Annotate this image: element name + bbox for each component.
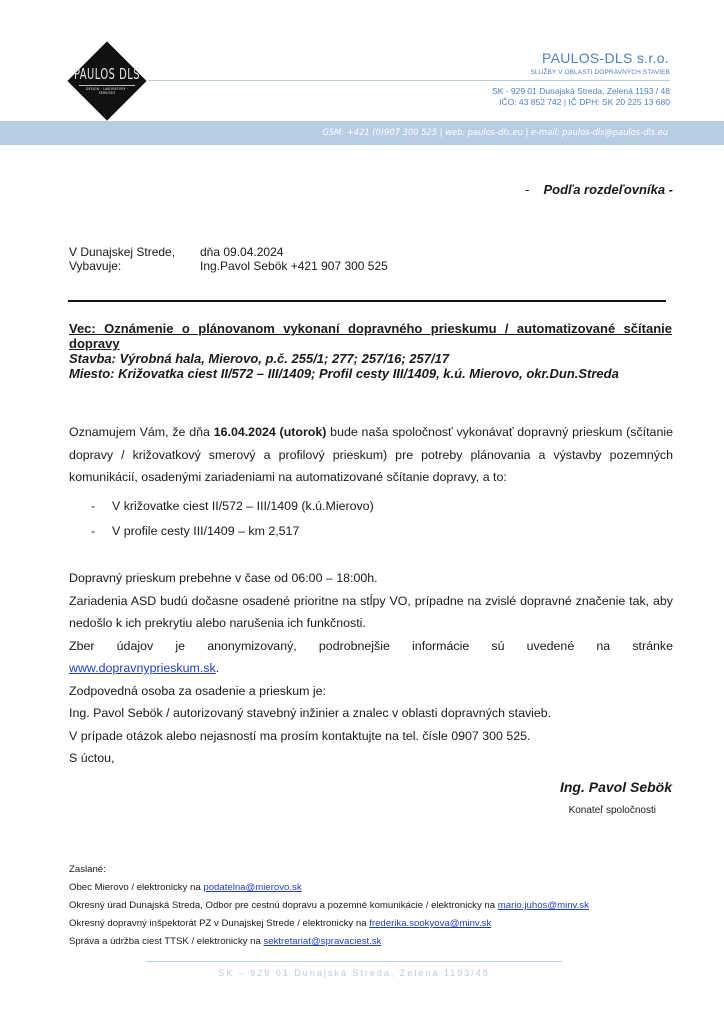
email-link[interactable]: frederika.sookyova@minv.sk xyxy=(369,918,491,929)
company-logo: PAULOS DLS DESIGN · LABORATORY · SERVICE… xyxy=(68,68,146,95)
survey-website-link[interactable]: www.dopravnyprieskum.sk xyxy=(69,661,216,675)
recipient-desc: Správa a údržba ciest TTSK / elektronick… xyxy=(69,936,263,947)
contact-request: V prípade otázok alebo nejasností ma pro… xyxy=(69,725,673,748)
intro-text-start: Oznamujem Vám, že dňa xyxy=(69,425,214,439)
letter-meta: V Dunajskej Strede, dňa 09.04.2024 Vybav… xyxy=(69,245,388,273)
list-item: Správa a údržba ciest TTSK / elektronick… xyxy=(69,933,589,951)
survey-time: Dopravný prieskum prebehne v čase od 06:… xyxy=(69,567,673,590)
survey-date: 16.04.2024 (utorok) xyxy=(214,425,327,439)
header-divider xyxy=(148,80,670,81)
list-item: Okresný úrad Dunajská Streda, Odbor pre … xyxy=(69,897,589,915)
company-address-block: SK - 929 01 Dunajská Streda, Zelená 1193… xyxy=(492,86,670,108)
bullet-dash: - xyxy=(91,519,112,544)
recipient-line: -Podľa rozdeľovníka - xyxy=(525,182,673,197)
email-link[interactable]: podatelna@mierovo.sk xyxy=(203,882,301,893)
list-item-text: V križovatke ciest II/572 – III/1409 (k.… xyxy=(112,494,374,519)
distribution-list: Zaslané: Obec Mierovo / elektronicky na … xyxy=(69,861,589,951)
footer-address: SK – 929 01 Dunajská Streda, Zelená 1193… xyxy=(146,968,562,978)
closing: S úctou, xyxy=(69,747,673,770)
data-collection-info: Zber údajov je anonymizovaný, podrobnejš… xyxy=(69,635,673,658)
list-item: - V profile cesty III/1409 – km 2,517 xyxy=(91,519,374,544)
recipient-desc: Okresný úrad Dunajská Streda, Odbor pre … xyxy=(69,900,498,911)
email-link[interactable]: sektretariat@spravaciest.sk xyxy=(263,936,381,947)
subject-stavba: Stavba: Výrobná hala, Mierovo, p.č. 255/… xyxy=(69,351,672,366)
signature-name: Ing. Pavol Sebök xyxy=(560,779,672,795)
intro-paragraph: Oznamujem Vám, že dňa 16.04.2024 (utorok… xyxy=(69,421,673,489)
logo-main-text: PAULOS DLS xyxy=(68,66,146,84)
distribution-title: Zaslané: xyxy=(69,861,589,879)
recipient-desc: Obec Mierovo / elektronicky na xyxy=(69,882,203,893)
subject-miesto: Miesto: Križovatka ciest II/572 – III/14… xyxy=(69,366,672,381)
logo-sub-text: DESIGN · LABORATORY · SERVICES xyxy=(79,85,135,95)
company-ids: IČO: 43 852 742 | IČ DPH: SK 20 225 13 6… xyxy=(492,97,670,108)
list-item: - V križovatke ciest II/572 – III/1409 (… xyxy=(91,494,374,519)
recipient-desc: Okresný dopravný inšpektorát PZ v Dunajs… xyxy=(69,918,369,929)
contact-info: GSM: +421 (0)907 300 525 | web: paulos-d… xyxy=(322,128,668,138)
bullet-dash: - xyxy=(91,494,112,519)
recipient-text: Podľa rozdeľovníka - xyxy=(544,182,674,197)
subject-block: Vec: Oznámenie o plánovanom vykonaní dop… xyxy=(69,321,672,381)
list-item-text: V profile cesty III/1409 – km 2,517 xyxy=(112,519,299,544)
footer-divider xyxy=(146,961,562,962)
place-label: V Dunajskej Strede, xyxy=(69,245,200,259)
signature-role: Konateľ spoločnosti xyxy=(569,805,656,816)
devices-info: Zariadenia ASD budú dočasne osadené prio… xyxy=(69,590,673,635)
horizontal-rule xyxy=(68,300,666,302)
handled-by: Ing.Pavol Sebök +421 907 300 525 xyxy=(200,259,388,273)
company-address: SK - 929 01 Dunajská Streda, Zelená 1193… xyxy=(492,86,670,97)
list-item: Okresný dopravný inšpektorát PZ v Dunajs… xyxy=(69,915,589,933)
responsible-label: Zodpovedná osoba za osadenie a prieskum … xyxy=(69,680,673,703)
company-name: PAULOS-DLS s.r.o. xyxy=(542,50,669,66)
list-item: Obec Mierovo / elektronicky na podatelna… xyxy=(69,879,589,897)
subject-title: Vec: Oznámenie o plánovanom vykonaní dop… xyxy=(69,321,672,351)
handled-label: Vybavuje: xyxy=(69,259,200,273)
details-paragraphs: Dopravný prieskum prebehne v čase od 06:… xyxy=(69,567,673,770)
responsible-person: Ing. Pavol Sebök / autorizovaný stavebný… xyxy=(69,702,673,725)
email-link[interactable]: mario.juhos@minv.sk xyxy=(498,900,589,911)
location-list: - V križovatke ciest II/572 – III/1409 (… xyxy=(91,494,374,544)
place-date: dňa 09.04.2024 xyxy=(200,245,283,259)
company-tagline: SLUŽBY V OBLASTI DOPRAVNÝCH STAVIEB xyxy=(530,69,670,76)
recipient-dash: - xyxy=(525,182,529,197)
link-suffix: . xyxy=(216,661,219,675)
